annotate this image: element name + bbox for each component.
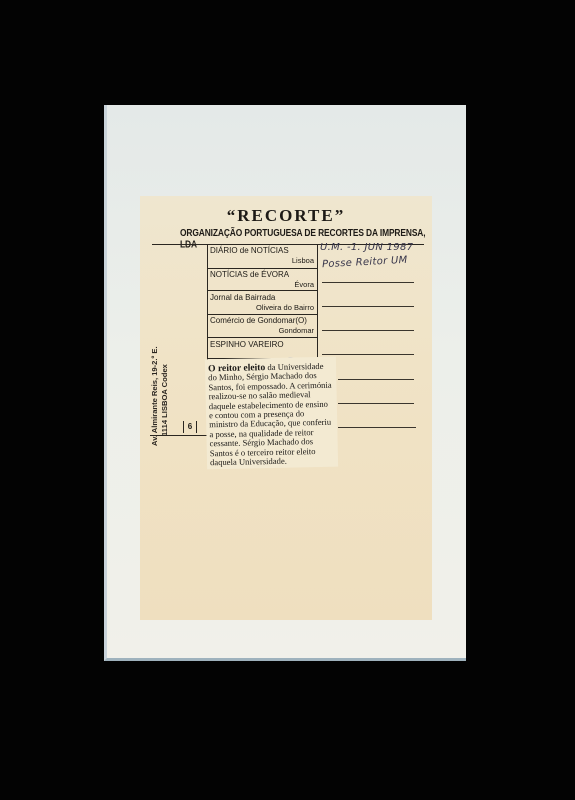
right-column-divider	[317, 244, 318, 358]
newspaper-clipping: O reitor eleito da Universidade do Minho…	[205, 357, 338, 470]
publication-row: NOTÍCIAS de ÉVORA Évora	[210, 270, 314, 290]
entry-line	[338, 379, 414, 380]
row-divider	[207, 268, 317, 269]
entry-line	[322, 306, 414, 307]
handwritten-date: U.M. -1. JUN 1987	[320, 242, 413, 253]
entry-line	[322, 354, 414, 355]
entry-line	[322, 282, 414, 283]
publication-row: ESPINHO VAREIRO	[210, 340, 314, 350]
form-title: “RECORTE”	[140, 206, 432, 226]
publication-row: Jornal da Bairrada Oliveira do Bairro	[210, 293, 314, 313]
entry-line	[322, 330, 414, 331]
row-divider	[207, 337, 317, 338]
row-divider	[207, 290, 317, 291]
publication-row: Comércio de Gondomar(O) Gondomar	[210, 316, 314, 336]
publication-row: DIÁRIO de NOTÍCIAS Lisboa	[210, 246, 314, 266]
entry-line	[338, 403, 414, 404]
row-divider	[207, 314, 317, 315]
handwritten-subject: Posse Reitor UM	[322, 255, 408, 270]
page-number-box: 6	[183, 421, 197, 433]
entry-line	[338, 427, 416, 428]
sender-address: Av. Almirante Reis, 19-2.º E. 1114 LISBO…	[150, 286, 170, 446]
clipping-form: “RECORTE” ORGANIZAÇÃO PORTUGUESA DE RECO…	[140, 196, 432, 620]
clipping-body: da Universidade do Minho, Sérgio Machado…	[208, 361, 332, 467]
